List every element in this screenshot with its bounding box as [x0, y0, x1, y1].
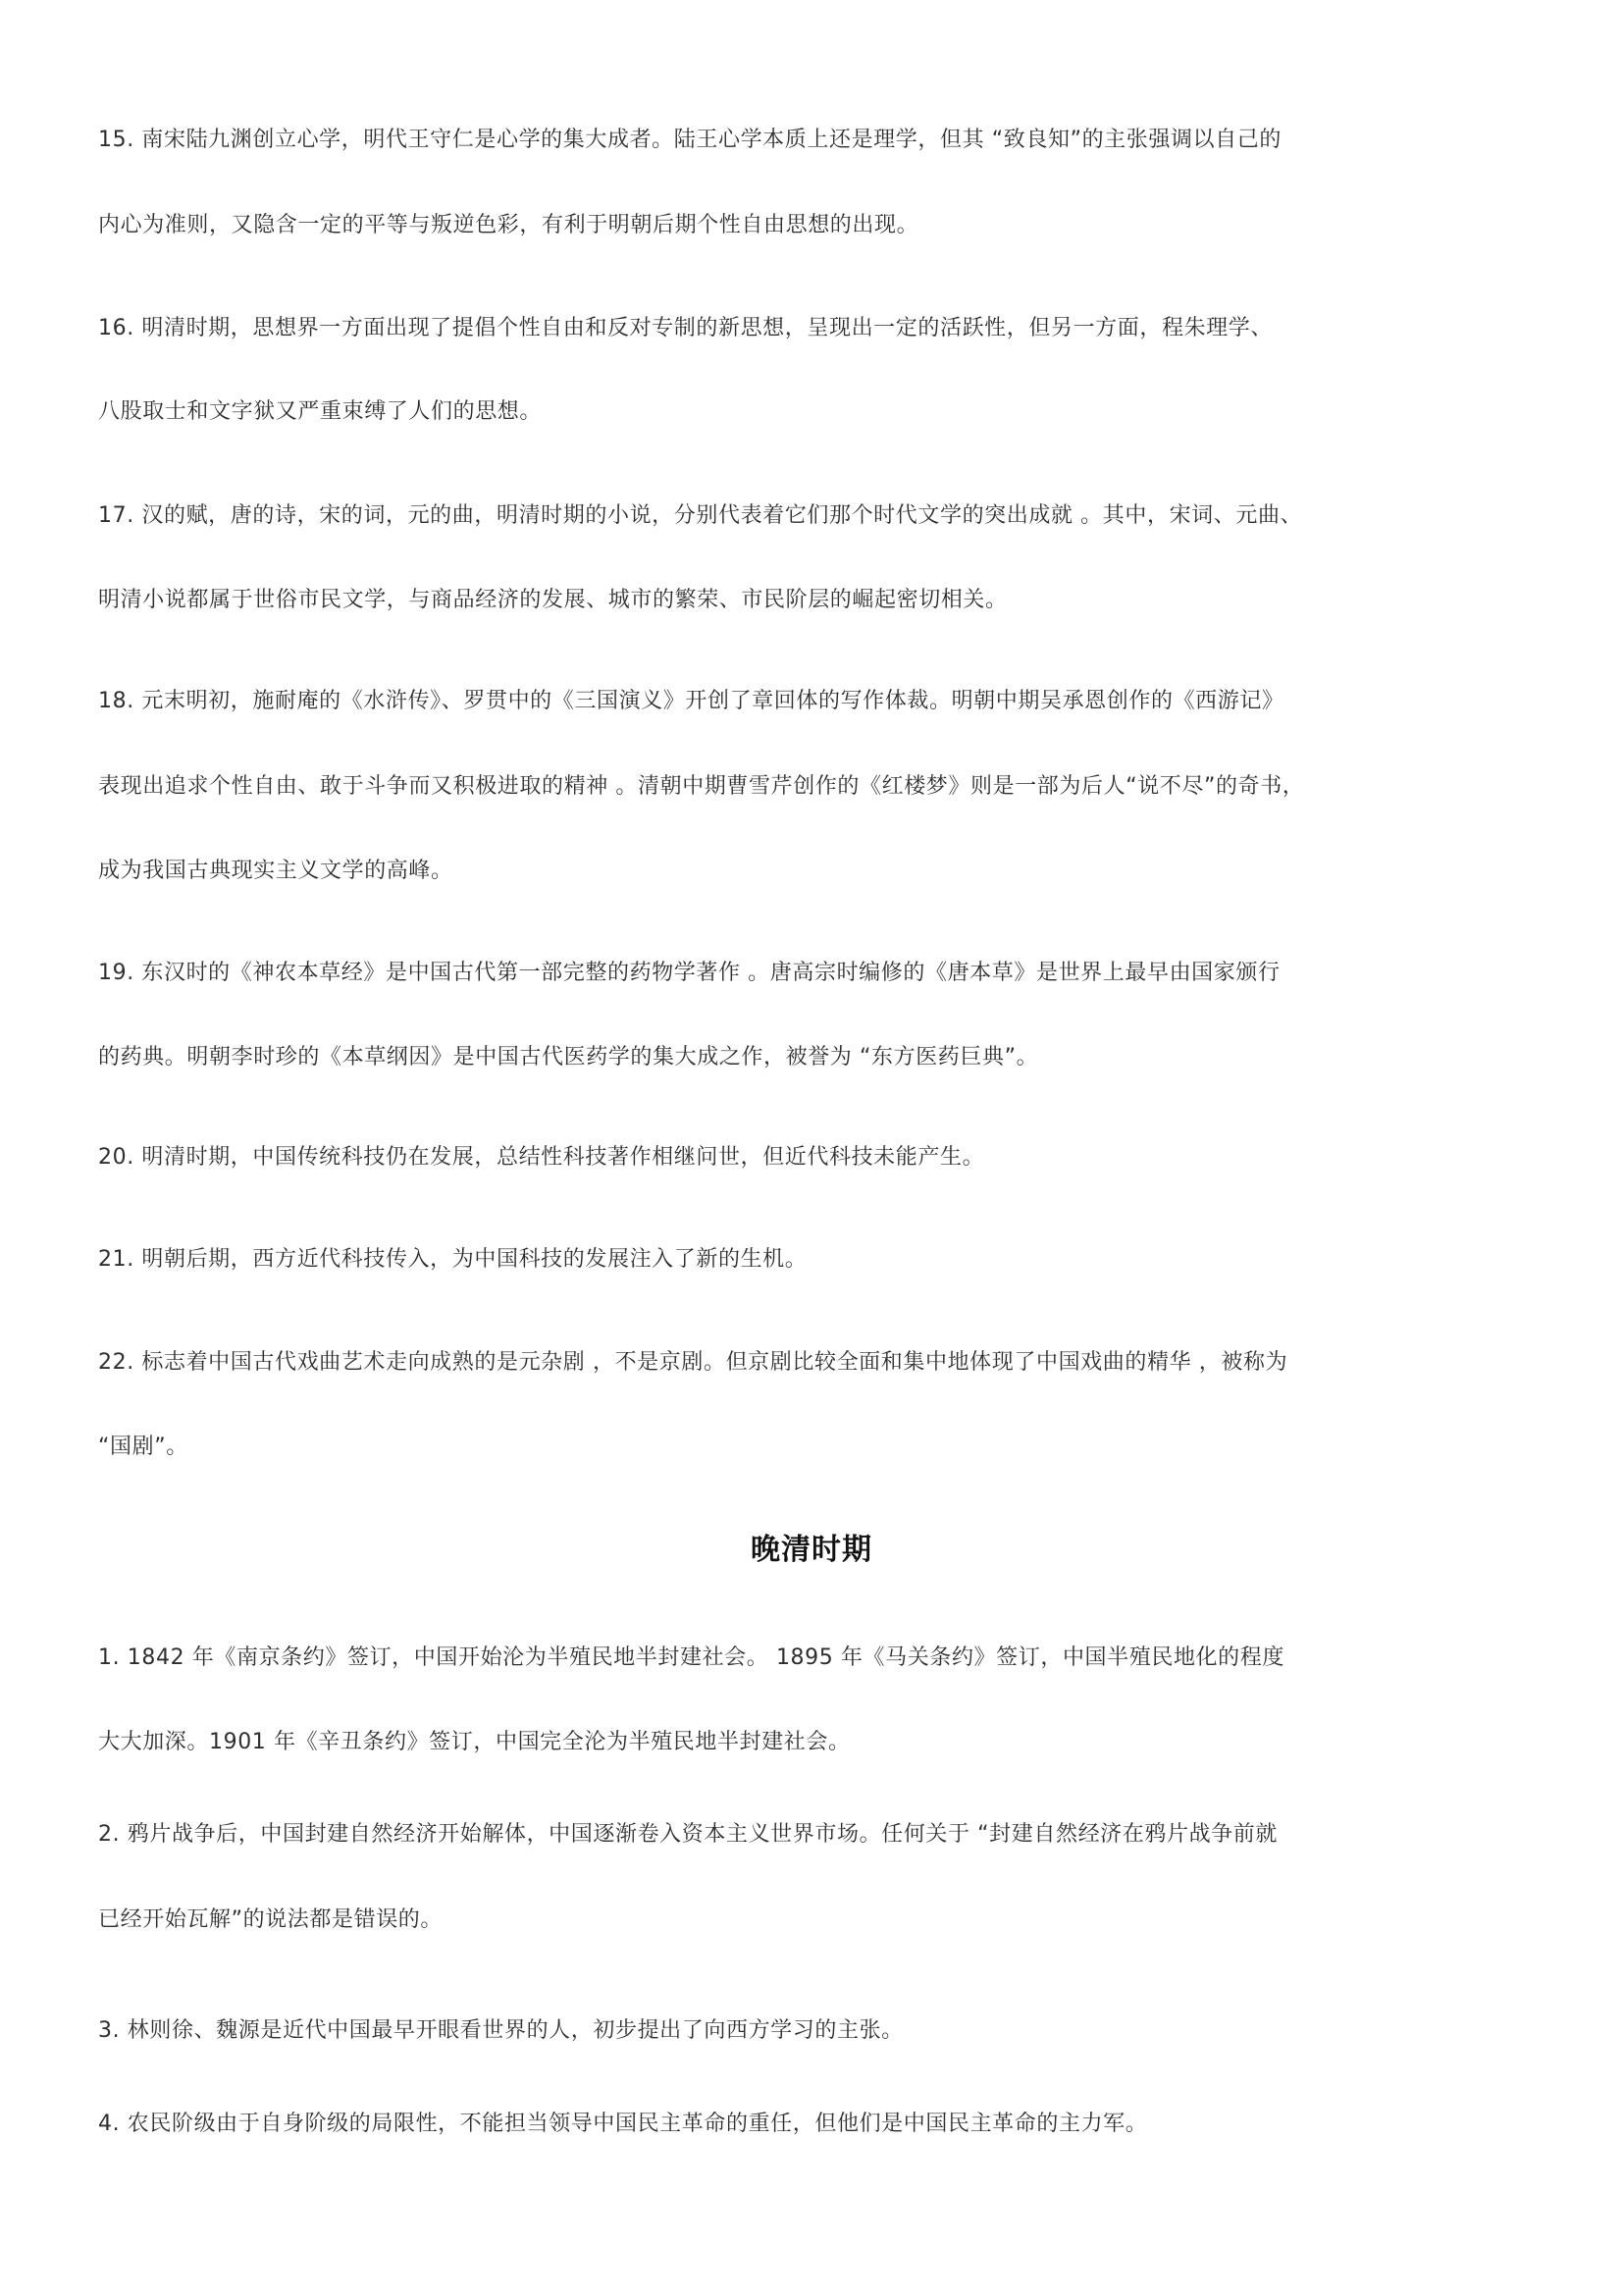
paragraph-line: 4. 农民阶级由于自身阶级的局限性，不能担当领导中国民主革命的重任，但他们是中国…: [98, 2110, 1147, 2139]
section-heading: 晚清时期: [0, 1531, 1623, 1570]
paragraph-line: 1. 1842 年《南京条约》签订，中国开始沦为半殖民地半封建社会。 1895 …: [98, 1644, 1284, 1673]
paragraph-line: 16. 明清时期，思想界一方面出现了提倡个性自由和反对专制的新思想，呈现出一定的…: [98, 314, 1273, 343]
paragraph-line: 的药典。明朝李时珍的《本草纲因》是中国古代医药学的集大成之作，被誉为 “东方医药…: [98, 1043, 1038, 1072]
paragraph-line: 15. 南宋陆九渊创立心学，明代王守仁是心学的集大成者。陆王心学本质上还是理学，…: [98, 126, 1282, 155]
paragraph-line: 内心为准则，又隐含一定的平等与叛逆色彩，有利于明朝后期个性自由思想的出现。: [98, 211, 918, 240]
paragraph-line: 3. 林则徐、魏源是近代中国最早开眼看世界的人，初步提出了向西方学习的主张。: [98, 2016, 904, 2046]
paragraph-line: 明清小说都属于世俗市民文学，与商品经济的发展、城市的繁荣、市民阶层的崛起密切相关…: [98, 586, 1008, 615]
paragraph-line: 2. 鸦片战争后，中国封建自然经济开始解体，中国逐渐卷入资本主义世界市场。任何关…: [98, 1820, 1278, 1850]
paragraph-line: 八股取士和文字狱又严重束缚了人们的思想。: [98, 397, 542, 427]
paragraph-line: 20. 明清时期，中国传统科技仍在发展，总结性科技著作相继问世，但近代科技未能产…: [98, 1143, 984, 1173]
paragraph-line: 18. 元末明初，施耐庵的《水浒传》、罗贯中的《三国演义》开创了章回体的写作体裁…: [98, 687, 1284, 716]
paragraph-line: 21. 明朝后期，西方近代科技传入，为中国科技的发展注入了新的生机。: [98, 1245, 807, 1275]
paragraph-line: 大大加深。1901 年《辛丑条约》签订，中国完全沦为半殖民地半封建社会。: [98, 1728, 851, 1757]
paragraph-line: 19. 东汉时的《神农本草经》是中国古代第一部完整的药物学著作 。唐高宗时编修的…: [98, 959, 1281, 988]
paragraph-line: 已经开始瓦解”的说法都是错误的。: [98, 1905, 443, 1935]
paragraph-line: 表现出追求个性自由、敢于斗争而又积极进取的精神 。清朝中期曹雪芹创作的《红楼梦》…: [98, 772, 1304, 802]
paragraph-line: “国剧”。: [98, 1433, 188, 1462]
paragraph-line: 成为我国古典现实主义文学的高峰。: [98, 857, 453, 886]
paragraph-line: 17. 汉的赋，唐的诗，宋的词，元的曲，明清时期的小说，分别代表着它们那个时代文…: [98, 501, 1302, 531]
paragraph-line: 22. 标志着中国古代戏曲艺术走向成熟的是元杂剧 ，不是京剧。但京剧比较全面和集…: [98, 1348, 1287, 1378]
document-page: 15. 南宋陆九渊创立心学，明代王守仁是心学的集大成者。陆王心学本质上还是理学，…: [0, 0, 1623, 2296]
